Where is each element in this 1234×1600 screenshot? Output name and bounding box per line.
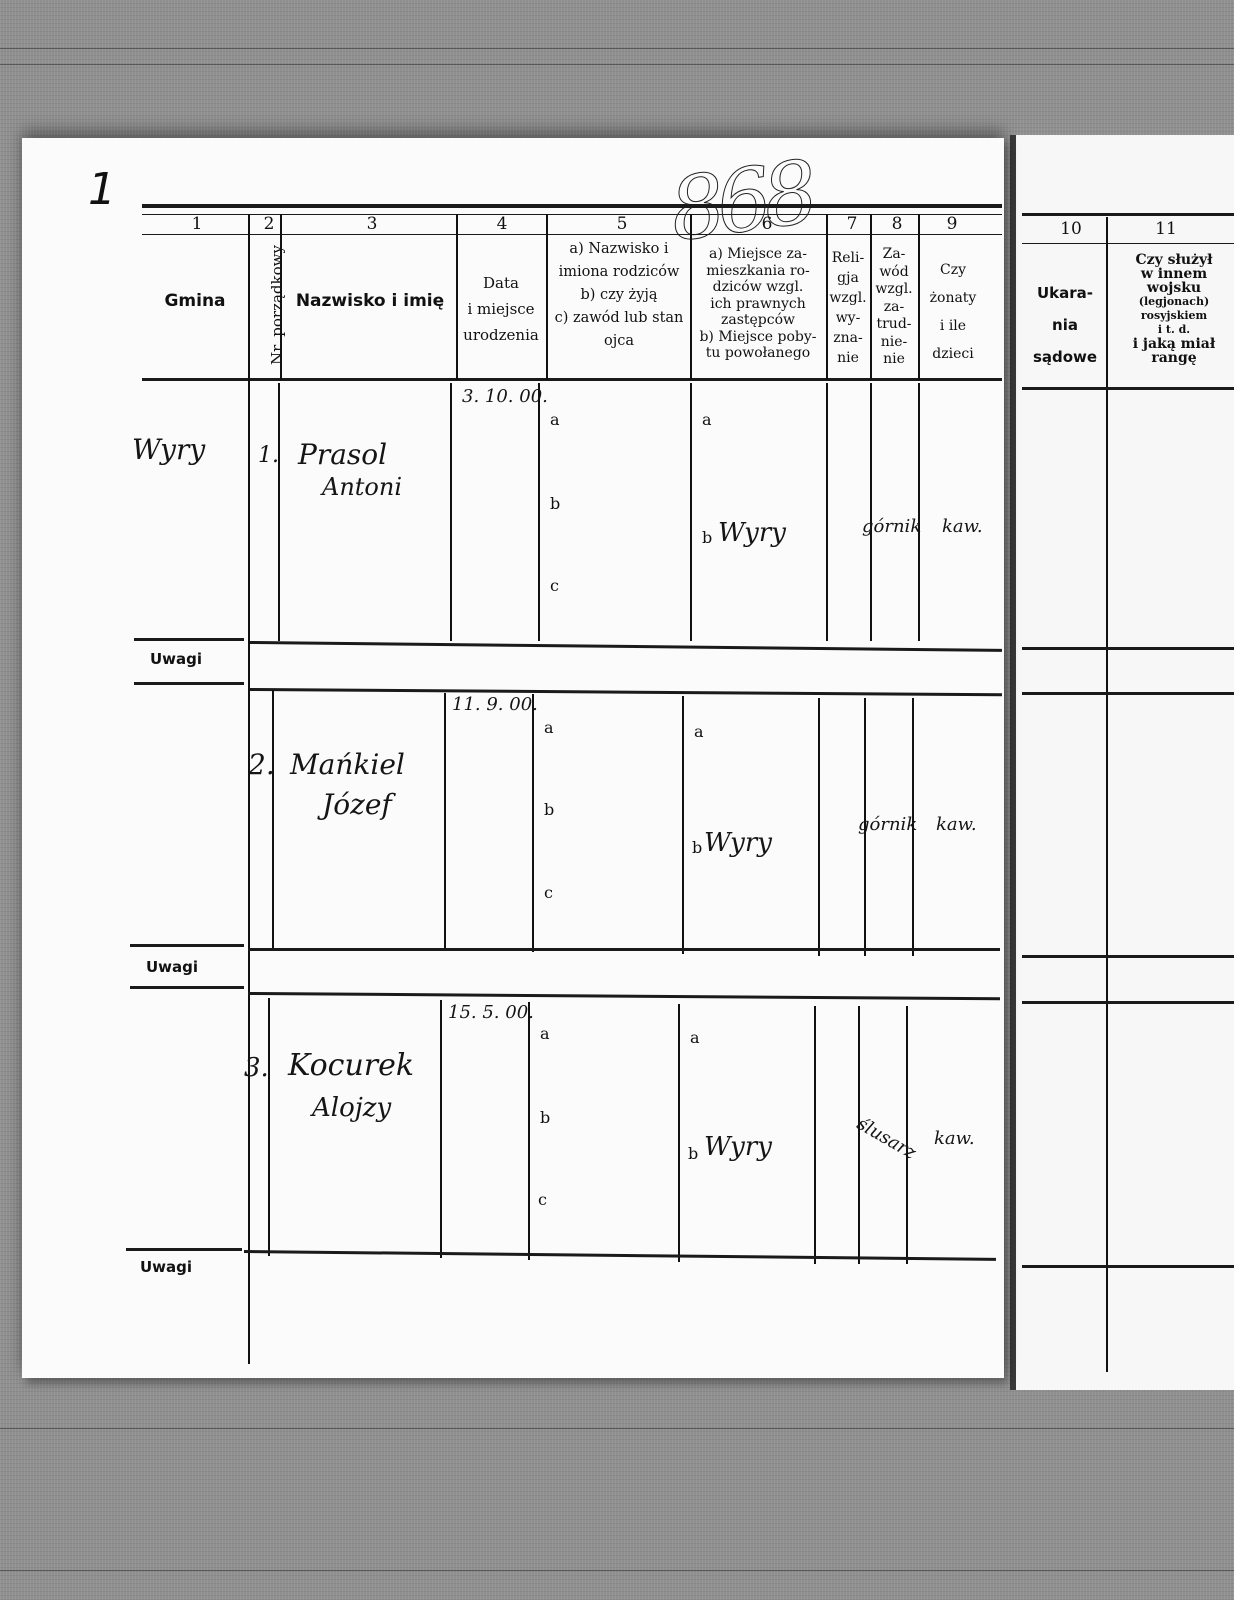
birth-date-value: 3. 10. 00. xyxy=(462,386,548,407)
parents-sub-c: c xyxy=(550,576,559,595)
header-bottom-rule xyxy=(142,378,1002,381)
record-number: 3. xyxy=(244,1053,269,1083)
column-number-9: 9 xyxy=(932,214,972,234)
column-number-1: 1 xyxy=(172,214,222,234)
column-number-6: 6 xyxy=(747,214,787,234)
surname-value: Prasol xyxy=(298,438,387,471)
column-divider xyxy=(906,1006,908,1264)
rule xyxy=(244,1250,996,1261)
column-number-4: 4 xyxy=(482,214,522,234)
column-divider xyxy=(870,214,872,380)
top-rule xyxy=(142,204,1002,208)
column-divider xyxy=(690,383,692,641)
rule xyxy=(134,682,244,685)
birth-date-value: 11. 9. 00. xyxy=(452,694,538,715)
column-header-10: Ukara- nia sądowe xyxy=(1026,277,1104,373)
occupation-value: górnik xyxy=(862,516,921,537)
rule xyxy=(126,1248,242,1251)
column-header-gmina: Gmina xyxy=(140,293,250,310)
column-header-parents: a) Nazwisko i imiona rodziców b) czy żyj… xyxy=(546,238,692,353)
parents-sub-b: b xyxy=(540,1108,550,1127)
rule xyxy=(250,641,1002,652)
column-divider xyxy=(682,696,684,954)
residence-b-value: Wyry xyxy=(718,518,786,548)
facing-page: 10 11 Ukara- nia sądowe Czy służył w inn… xyxy=(1010,135,1234,1390)
marital-value: kaw. xyxy=(936,814,977,835)
remarks-label-3: Uwagi xyxy=(140,1258,192,1276)
parents-sub-b: b xyxy=(550,494,560,513)
column-divider xyxy=(440,1000,442,1258)
rule xyxy=(130,944,244,947)
surname-value: Kocurek xyxy=(288,1048,414,1083)
column-divider xyxy=(456,214,458,380)
rule xyxy=(1022,692,1234,695)
given-name-value: Antoni xyxy=(322,473,402,501)
rule xyxy=(1022,647,1234,650)
residence-sub-b: b xyxy=(688,1144,698,1163)
column-divider xyxy=(278,383,280,641)
occupation-value: ślusarz xyxy=(853,1113,919,1164)
remarks-label-1: Uwagi xyxy=(150,650,202,668)
remarks-label-2: Uwagi xyxy=(146,958,198,976)
rule xyxy=(1022,387,1234,390)
rule xyxy=(1022,955,1234,958)
column-divider xyxy=(826,383,828,641)
given-name-value: Alojzy xyxy=(312,1093,391,1123)
column-divider xyxy=(678,1004,680,1262)
register-page: 1 868 1 2 3 4 5 6 7 8 9 Gmina Nr. porząd… xyxy=(22,138,1004,1378)
column-number-3: 3 xyxy=(352,214,392,234)
scan-artifact xyxy=(0,1570,1234,1571)
parents-sub-a: a xyxy=(550,410,560,429)
column-divider xyxy=(268,998,270,1256)
column-header-marital: Czy żonaty i ile dzieci xyxy=(918,256,988,368)
marital-value: kaw. xyxy=(934,1128,975,1149)
rule xyxy=(250,688,1002,696)
page-number: 1 xyxy=(88,164,116,215)
parents-sub-a: a xyxy=(540,1024,550,1043)
column-divider xyxy=(444,693,446,951)
rule xyxy=(1022,213,1234,216)
rule xyxy=(1022,1265,1234,1268)
residence-b-value: Wyry xyxy=(704,828,772,858)
surname-value: Mańkiel xyxy=(290,748,405,781)
residence-sub-a: a xyxy=(690,1028,700,1047)
column-number-5: 5 xyxy=(602,214,642,234)
column-divider xyxy=(918,383,920,641)
gmina-value: Wyry xyxy=(132,433,205,466)
residence-sub-b: b xyxy=(692,838,702,857)
residence-sub-a: a xyxy=(702,410,712,429)
parents-sub-b: b xyxy=(544,800,554,819)
scan-artifact xyxy=(0,1428,1234,1429)
residence-b-value: Wyry xyxy=(704,1132,772,1162)
column-number-7: 7 xyxy=(837,214,867,234)
column-header-religion: Reli- gja wzgl. wy- zna- nie xyxy=(826,248,870,368)
column-divider xyxy=(818,698,820,956)
column-number-11: 11 xyxy=(1136,219,1196,239)
rule xyxy=(130,986,244,989)
column-divider xyxy=(870,383,872,641)
column-divider xyxy=(450,383,452,641)
column-divider xyxy=(272,690,274,950)
scan-artifact xyxy=(0,64,1234,65)
record-number: 1. xyxy=(258,443,279,468)
column-header-occupation: Za- wód wzgl. za- trud- nie- nie xyxy=(870,246,918,369)
record-number: 2. xyxy=(248,748,275,781)
parents-sub-c: c xyxy=(544,883,553,902)
given-name-value: Józef xyxy=(322,788,392,821)
column-divider xyxy=(826,214,828,380)
column-header-birth: Data i miejsce urodzenia xyxy=(454,270,548,348)
column-number-8: 8 xyxy=(882,214,912,234)
residence-sub-b: b xyxy=(702,528,712,547)
rule xyxy=(134,638,244,641)
column-divider xyxy=(280,214,282,380)
marital-value: kaw. xyxy=(942,516,983,537)
column-divider xyxy=(814,1006,816,1264)
column-divider xyxy=(546,214,548,380)
birth-date-value: 15. 5. 00. xyxy=(448,1002,534,1023)
scan-artifact xyxy=(0,48,1234,49)
rule xyxy=(1022,243,1234,244)
rule xyxy=(248,948,1000,951)
column-divider xyxy=(918,214,920,380)
column-divider xyxy=(690,214,692,380)
column-divider xyxy=(1106,217,1108,1372)
column-number-10: 10 xyxy=(1046,219,1096,239)
parents-sub-a: a xyxy=(544,718,554,737)
column-header-11: Czy służył w innem wojsku (legjonach) ro… xyxy=(1108,253,1234,365)
column-divider xyxy=(248,214,250,1364)
column-header-name: Nazwisko i imię xyxy=(284,293,456,310)
column-header-residence: a) Miejsce za- mieszkania ro- dziców wzg… xyxy=(690,246,826,362)
column-divider xyxy=(528,1002,530,1260)
column-divider xyxy=(532,694,534,952)
rule xyxy=(248,992,1000,1000)
parents-sub-c: c xyxy=(538,1190,547,1209)
residence-sub-a: a xyxy=(694,722,704,741)
occupation-value: górnik xyxy=(858,814,917,835)
rule xyxy=(1022,1001,1234,1004)
column-divider xyxy=(538,383,540,641)
